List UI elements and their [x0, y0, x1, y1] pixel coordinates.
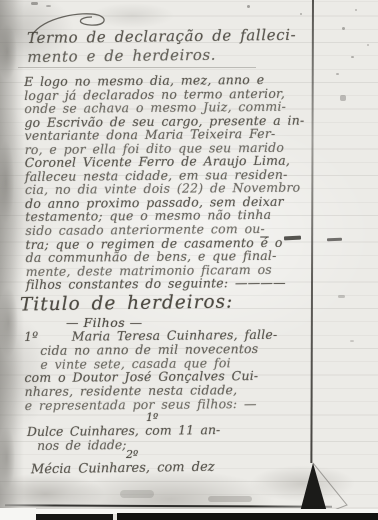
heir-entry-1: 1º Maria Teresa Cuinhares, falle-cida no…: [24, 328, 278, 413]
ink-speck: [300, 13, 302, 15]
ink-speck: [355, 9, 357, 11]
ink-dash-mark: [260, 236, 269, 238]
scan-bottom-bar: [36, 514, 113, 520]
ink-dash-mark: [327, 238, 342, 242]
grandchild-entry-2: Mécia Cuinhares, com dez: [31, 460, 215, 478]
left-binding-edge: [0, 0, 24, 520]
handwritten-line: filhos constantes do seguinte: ————: [26, 276, 306, 292]
handwritten-line: mento e de herdeiros.: [27, 45, 296, 67]
ink-speck: [342, 27, 345, 30]
heirs-section-heading: Titulo de herdeiros:: [20, 292, 234, 316]
ink-speck: [46, 5, 51, 7]
margin-rule-line: [310, 0, 314, 463]
stain-mark: [340, 95, 346, 101]
ink-speck: [247, 5, 250, 8]
title-underline-rule: [18, 67, 256, 68]
stain-mark: [338, 295, 345, 298]
ink-speck: [336, 73, 339, 75]
grandchild-2-ordinal: 2º: [126, 448, 138, 461]
stain-mark: [350, 340, 354, 342]
stain-mark: [120, 490, 154, 498]
handwritten-line: nos de idade;: [27, 437, 220, 453]
scan-bottom-bar: [117, 513, 378, 520]
document-title: Termo de declaração de falleci-mento e d…: [27, 26, 297, 67]
handwritten-line: Mécia Cuinhares, com dez: [31, 460, 215, 478]
scan-edge-line: [5, 504, 332, 507]
stain-mark: [208, 496, 252, 502]
ink-speck: [367, 44, 369, 46]
ink-speck: [31, 2, 38, 5]
ink-speck: [351, 56, 354, 58]
body-paragraph: E logo no mesmo dia, mez, anno elogar já…: [24, 73, 306, 292]
scanned-document-page: Termo de declaração de falleci-mento e d…: [0, 0, 378, 520]
scanner-strip-corner: [0, 508, 36, 520]
grandchild-entry-1: Dulce Cuinhares, com 11 an-nos de idade;: [27, 423, 221, 453]
